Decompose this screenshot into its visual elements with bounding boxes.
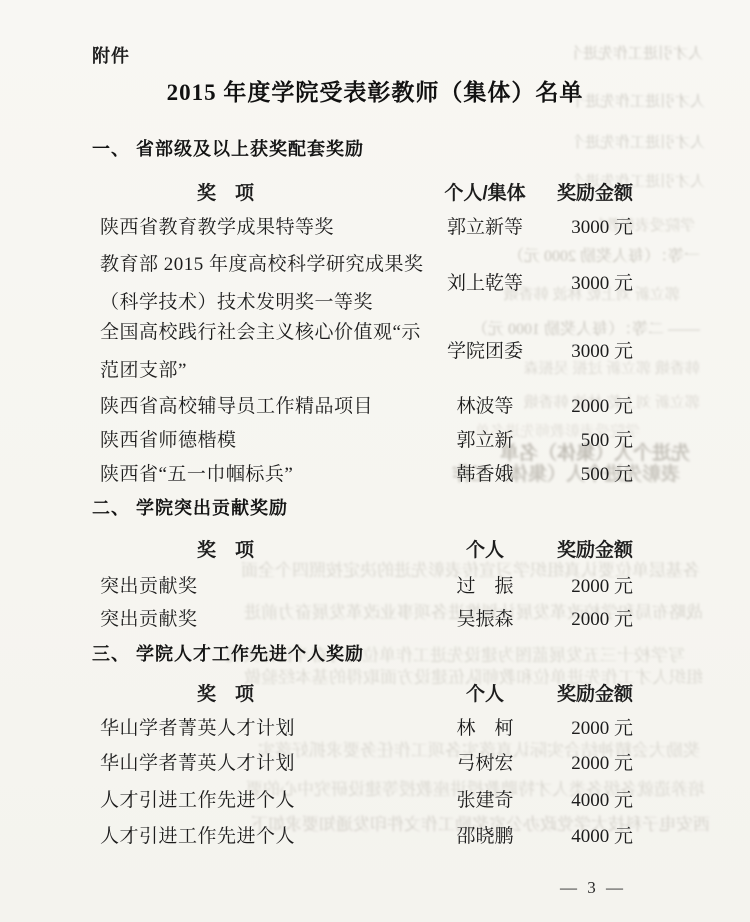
scanned-document-page: { "page": { "attachment_label": "附件", "t… — [0, 0, 750, 922]
award-amount: 2000 元 — [515, 571, 633, 598]
award-amount: 500 元 — [515, 459, 633, 486]
section-3-column-person: 个人 — [425, 679, 545, 706]
award-name: 陕西省“五一巾帼标兵” — [100, 459, 293, 486]
section-1-column-amount: 奖励金额 — [535, 178, 655, 205]
award-amount: 4000 元 — [515, 785, 633, 812]
section-1-heading: 一、 省部级及以上获奖配套奖励 — [92, 135, 364, 161]
award-amount: 2000 元 — [515, 748, 633, 775]
award-name: 人才引进工作先进个人 — [100, 821, 295, 848]
section-3-column-amount: 奖励金额 — [535, 679, 655, 706]
award-name-line1: 教育部 2015 年度高校科学研究成果奖 — [100, 249, 424, 276]
award-amount: 500 元 — [515, 425, 633, 452]
award-name-line2: （科学技术）技术发明奖一等奖 — [100, 287, 373, 314]
award-name: 人才引进工作先进个人 — [100, 785, 295, 812]
section-2-heading: 二、 学院突出贡献奖励 — [92, 494, 288, 520]
award-name: 陕西省高校辅导员工作精品项目 — [100, 391, 373, 418]
award-name: 陕西省师德楷模 — [100, 425, 237, 452]
section-3-heading: 三、 学院人才工作先进个人奖励 — [92, 640, 364, 666]
attachment-label: 附件 — [92, 42, 130, 68]
section-2-column-award: 奖 项 — [197, 535, 254, 562]
bleedthrough-text: 一等：（每人奖励 2000 元） — [435, 243, 700, 266]
bleedthrough-text: 人才引进工作先进个人 — [575, 131, 705, 152]
award-name: 华山学者菁英人才计划 — [100, 713, 295, 740]
bleedthrough-text: 人才引进工作先进个人 — [575, 42, 703, 63]
award-amount: 3000 元 — [515, 336, 633, 363]
section-2-column-amount: 奖励金额 — [535, 535, 655, 562]
award-amount: 2000 元 — [515, 713, 633, 740]
page-number: — 3 — — [560, 878, 626, 898]
award-name: 突出贡献奖 — [100, 571, 198, 598]
award-amount: 2000 元 — [515, 391, 633, 418]
award-amount: 3000 元 — [515, 212, 633, 239]
section-3-column-award: 奖 项 — [197, 679, 254, 706]
award-amount: 2000 元 — [515, 604, 633, 631]
section-2-column-person: 个人 — [425, 535, 545, 562]
award-amount: 3000 元 — [515, 268, 633, 295]
award-name: 陕西省教育教学成果特等奖 — [100, 212, 334, 239]
award-name: 华山学者菁英人才计划 — [100, 748, 295, 775]
section-1-column-person: 个人/集体 — [425, 178, 545, 205]
award-name: 突出贡献奖 — [100, 604, 198, 631]
document-title: 2015 年度学院受表彰教师（集体）名单 — [0, 74, 750, 107]
section-1-column-award: 奖 项 — [197, 178, 254, 205]
award-amount: 4000 元 — [515, 821, 633, 848]
award-name-line1: 全国高校践行社会主义核心价值观“示 — [100, 317, 421, 344]
award-name-line2: 范团支部” — [100, 355, 187, 382]
